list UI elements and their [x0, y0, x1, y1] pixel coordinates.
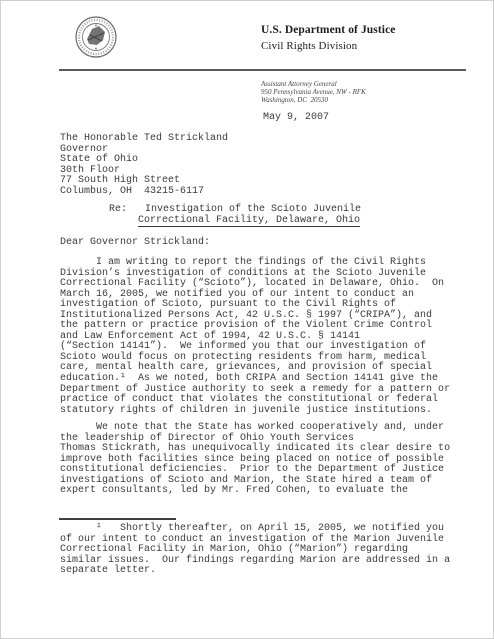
footnote-separator: [59, 518, 176, 520]
recipient-address: The Honorable Ted Strickland Governor St…: [60, 134, 228, 197]
letter-date: May 9, 2007: [263, 113, 329, 124]
body-paragraph-1: I am writing to report the findings of t…: [60, 258, 450, 416]
salutation: Dear Governor Strickland:: [60, 238, 210, 249]
office-address-block: Assistant Attorney General 950 Pennsylva…: [261, 80, 366, 104]
footnote-1: ¹ Shortly thereafter, on April 15, 2005,…: [60, 524, 450, 577]
letter-page: U.S. Department of Justice Civil Rights …: [0, 0, 494, 639]
agency-name: U.S. Department of Justice: [261, 24, 396, 36]
doj-seal-icon: [74, 15, 118, 59]
header-rule: [59, 69, 466, 71]
re-subject-line-2: Correctional Facility, Delaware, Ohio: [138, 216, 360, 227]
re-subject-line-1: Re: Investigation of the Scioto Juvenile: [109, 205, 361, 216]
body-paragraph-2: We note that the State has worked cooper…: [60, 423, 450, 497]
re-subject: Re: Investigation of the Scioto Juvenile…: [109, 205, 361, 227]
division-name: Civil Rights Division: [261, 40, 357, 52]
